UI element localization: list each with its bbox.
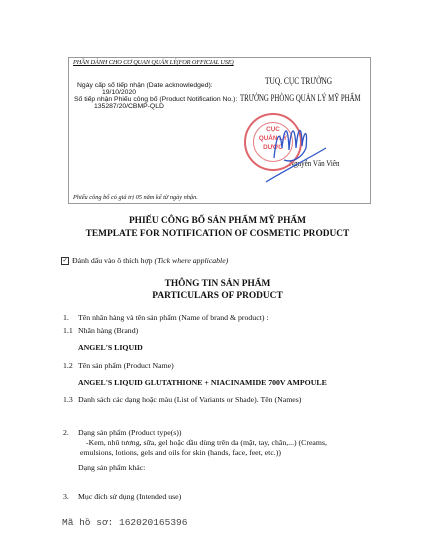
notification-number-label: Số tiếp nhận Phiếu công bố (Product Noti… [74, 96, 237, 103]
signer-title-line1: TUQ. CỤC TRƯỞNG [265, 77, 332, 87]
checkbox-icon: ✓ [61, 257, 69, 265]
item-1-3-number: 1.3 [63, 395, 73, 404]
item-1-number: 1. [63, 313, 69, 322]
brand-value: ANGEL'S LIQUID [78, 343, 143, 352]
product-name-value: ANGEL'S LIQUID GLUTATHIONE + NIACINAMIDE… [78, 378, 327, 387]
product-type-line1: -Kem, nhũ tương, sữa, gel hoặc dầu dùng … [86, 438, 327, 447]
item-2-label: Dạng sản phẩm (Product type(s)) [78, 428, 182, 437]
item-1-1-number: 1.1 [63, 326, 73, 335]
section-title-en: PARTICULARS OF PRODUCT [0, 291, 435, 301]
file-code: Mã hồ sơ: 162020165396 [62, 517, 187, 528]
document-title-en: TEMPLATE FOR NOTIFICATION OF COSMETIC PR… [0, 229, 435, 239]
tick-note-en: (Tick where applicable) [155, 256, 229, 265]
official-use-header: PHẦN DÀNH CHO CƠ QUAN QUẢN LÝ(FOR OFFICI… [73, 59, 234, 66]
product-type-line2: emulsions, lotions, gels and oils for sk… [80, 448, 281, 457]
tick-note: ✓Đánh dấu vào ô thích hợp (Tick where ap… [61, 256, 228, 265]
signer-title-line2: TRƯỞNG PHÒNG QUẢN LÝ MỸ PHẨM [240, 94, 361, 104]
other-product-type-label: Dạng sản phẩm khác: [78, 463, 145, 472]
item-1-3-label: Danh sách các dạng hoặc màu (List of Var… [78, 395, 301, 404]
date-acknowledged-label: Ngày cấp số tiếp nhận (Date acknowledged… [77, 82, 213, 89]
section-title-vi: THÔNG TIN SẢN PHẨM [0, 279, 435, 289]
notification-number-value: 135287/20/CBMP-QLD [94, 103, 164, 110]
item-1-1-label: Nhãn hàng (Brand) [78, 326, 138, 335]
item-1-label: Tên nhãn hàng và tên sản phẩm (Name of b… [78, 313, 269, 322]
item-3-number: 3. [63, 492, 69, 501]
document-title-vi: PHIẾU CÔNG BỐ SẢN PHẨM MỸ PHẨM [0, 216, 435, 226]
signature-icon [262, 118, 332, 184]
validity-note: Phiếu công bố có giá trị 05 năm kể từ ng… [73, 194, 198, 201]
item-3-label: Mục đích sử dụng (Intended use) [78, 492, 181, 501]
item-1-2-label: Tên sản phẩm (Product Name) [78, 361, 174, 370]
tick-note-vi: Đánh dấu vào ô thích hợp [72, 256, 153, 265]
item-1-2-number: 1.2 [63, 361, 73, 370]
item-2-number: 2. [63, 428, 69, 437]
date-acknowledged-value: 19/10/2020 [102, 89, 136, 96]
